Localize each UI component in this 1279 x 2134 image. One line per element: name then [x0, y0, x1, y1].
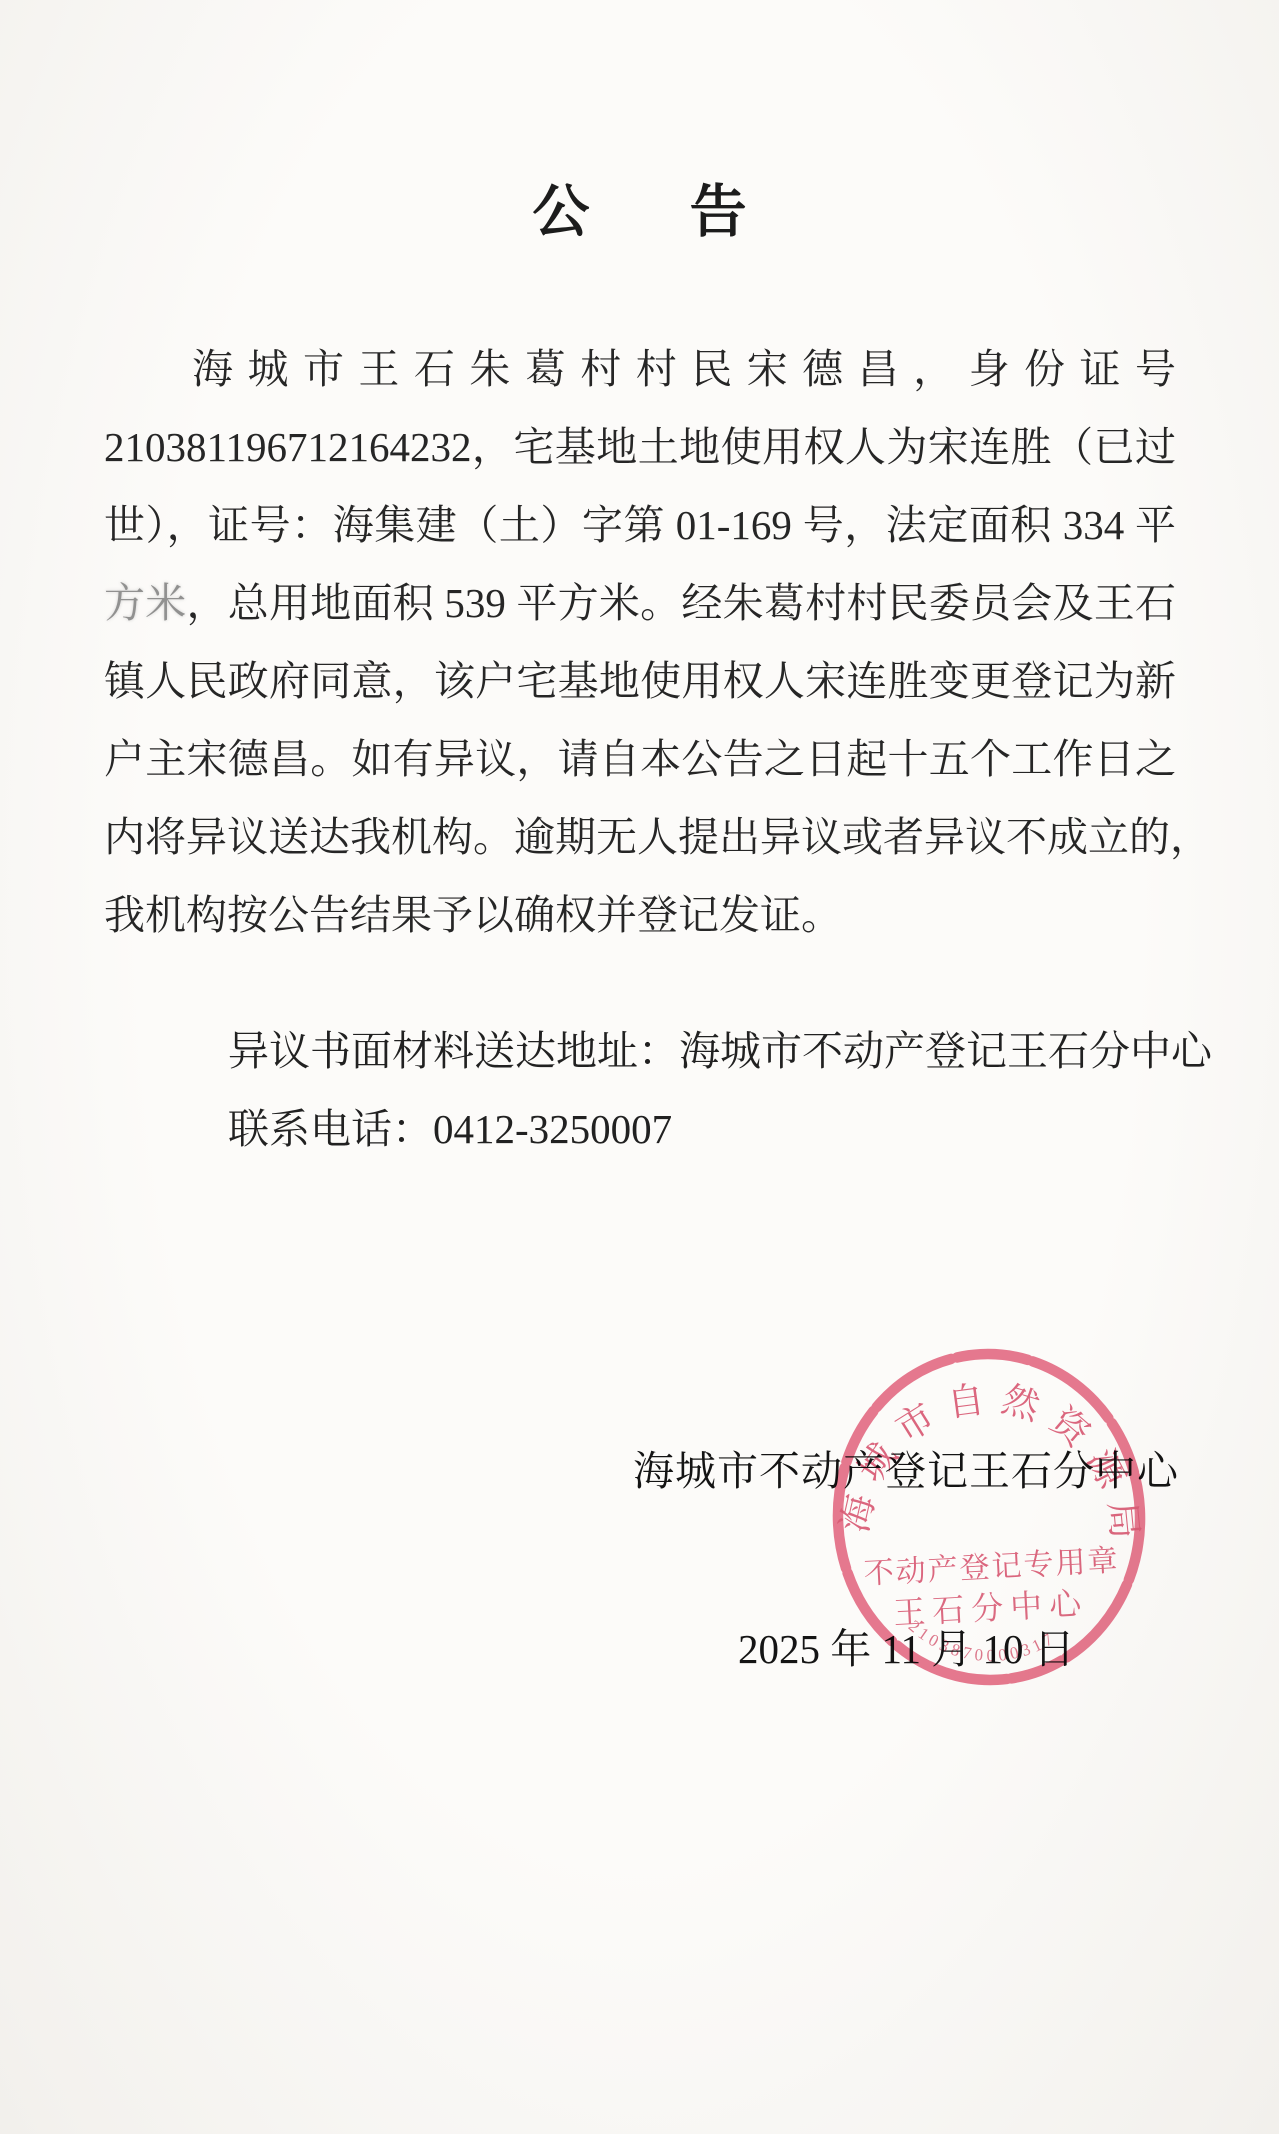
contact-block: 异议书面材料送达地址：海城市不动产登记王石分中心 联系电话：0412-32500…: [228, 1012, 1212, 1168]
page-title: 公 告: [0, 166, 1279, 248]
body-line-4: 方米，总用地面积 539 平方米。经朱葛村村民委员会及王石: [104, 564, 1176, 642]
body-line-6: 户主宋德昌。如有异议，请自本公告之日起十五个工作日之: [104, 720, 1176, 798]
body-line-5: 镇人民政府同意，该户宅基地使用权人宋连胜变更登记为新: [104, 642, 1176, 720]
body-line-2: 210381196712164232，宅基地土地使用权人为宋连胜（已过: [104, 408, 1176, 486]
body-line-7: 内将异议送达我机构。逾期无人提出异议或者异议不成立的，: [104, 798, 1176, 876]
body-line-4-faded-text: 方米: [104, 580, 186, 626]
seal-center-line1: 不动产登记专用章: [863, 1544, 1120, 1590]
contact-phone: 联系电话：0412-3250007: [228, 1090, 1212, 1168]
contact-address: 异议书面材料送达地址：海城市不动产登记王石分中心: [228, 1012, 1212, 1090]
official-seal: 海城市自然资源局 不动产登记专用章 王石分中心 2103870000317: [799, 1317, 1179, 1717]
body-line-3: 世），证号：海集建（土）字第 01-169 号，法定面积 334 平: [104, 486, 1176, 564]
notice-body: 海城市王石朱葛村村民宋德昌，身份证号 210381196712164232，宅基…: [104, 330, 1176, 954]
body-line-4-rest-text: ，总用地面积 539 平方米。经朱葛村村民委员会及王石: [186, 580, 1176, 626]
body-line-8: 我机构按公告结果予以确权并登记发证。: [104, 876, 1176, 954]
body-line-1: 海城市王石朱葛村村民宋德昌，身份证号: [104, 330, 1176, 408]
